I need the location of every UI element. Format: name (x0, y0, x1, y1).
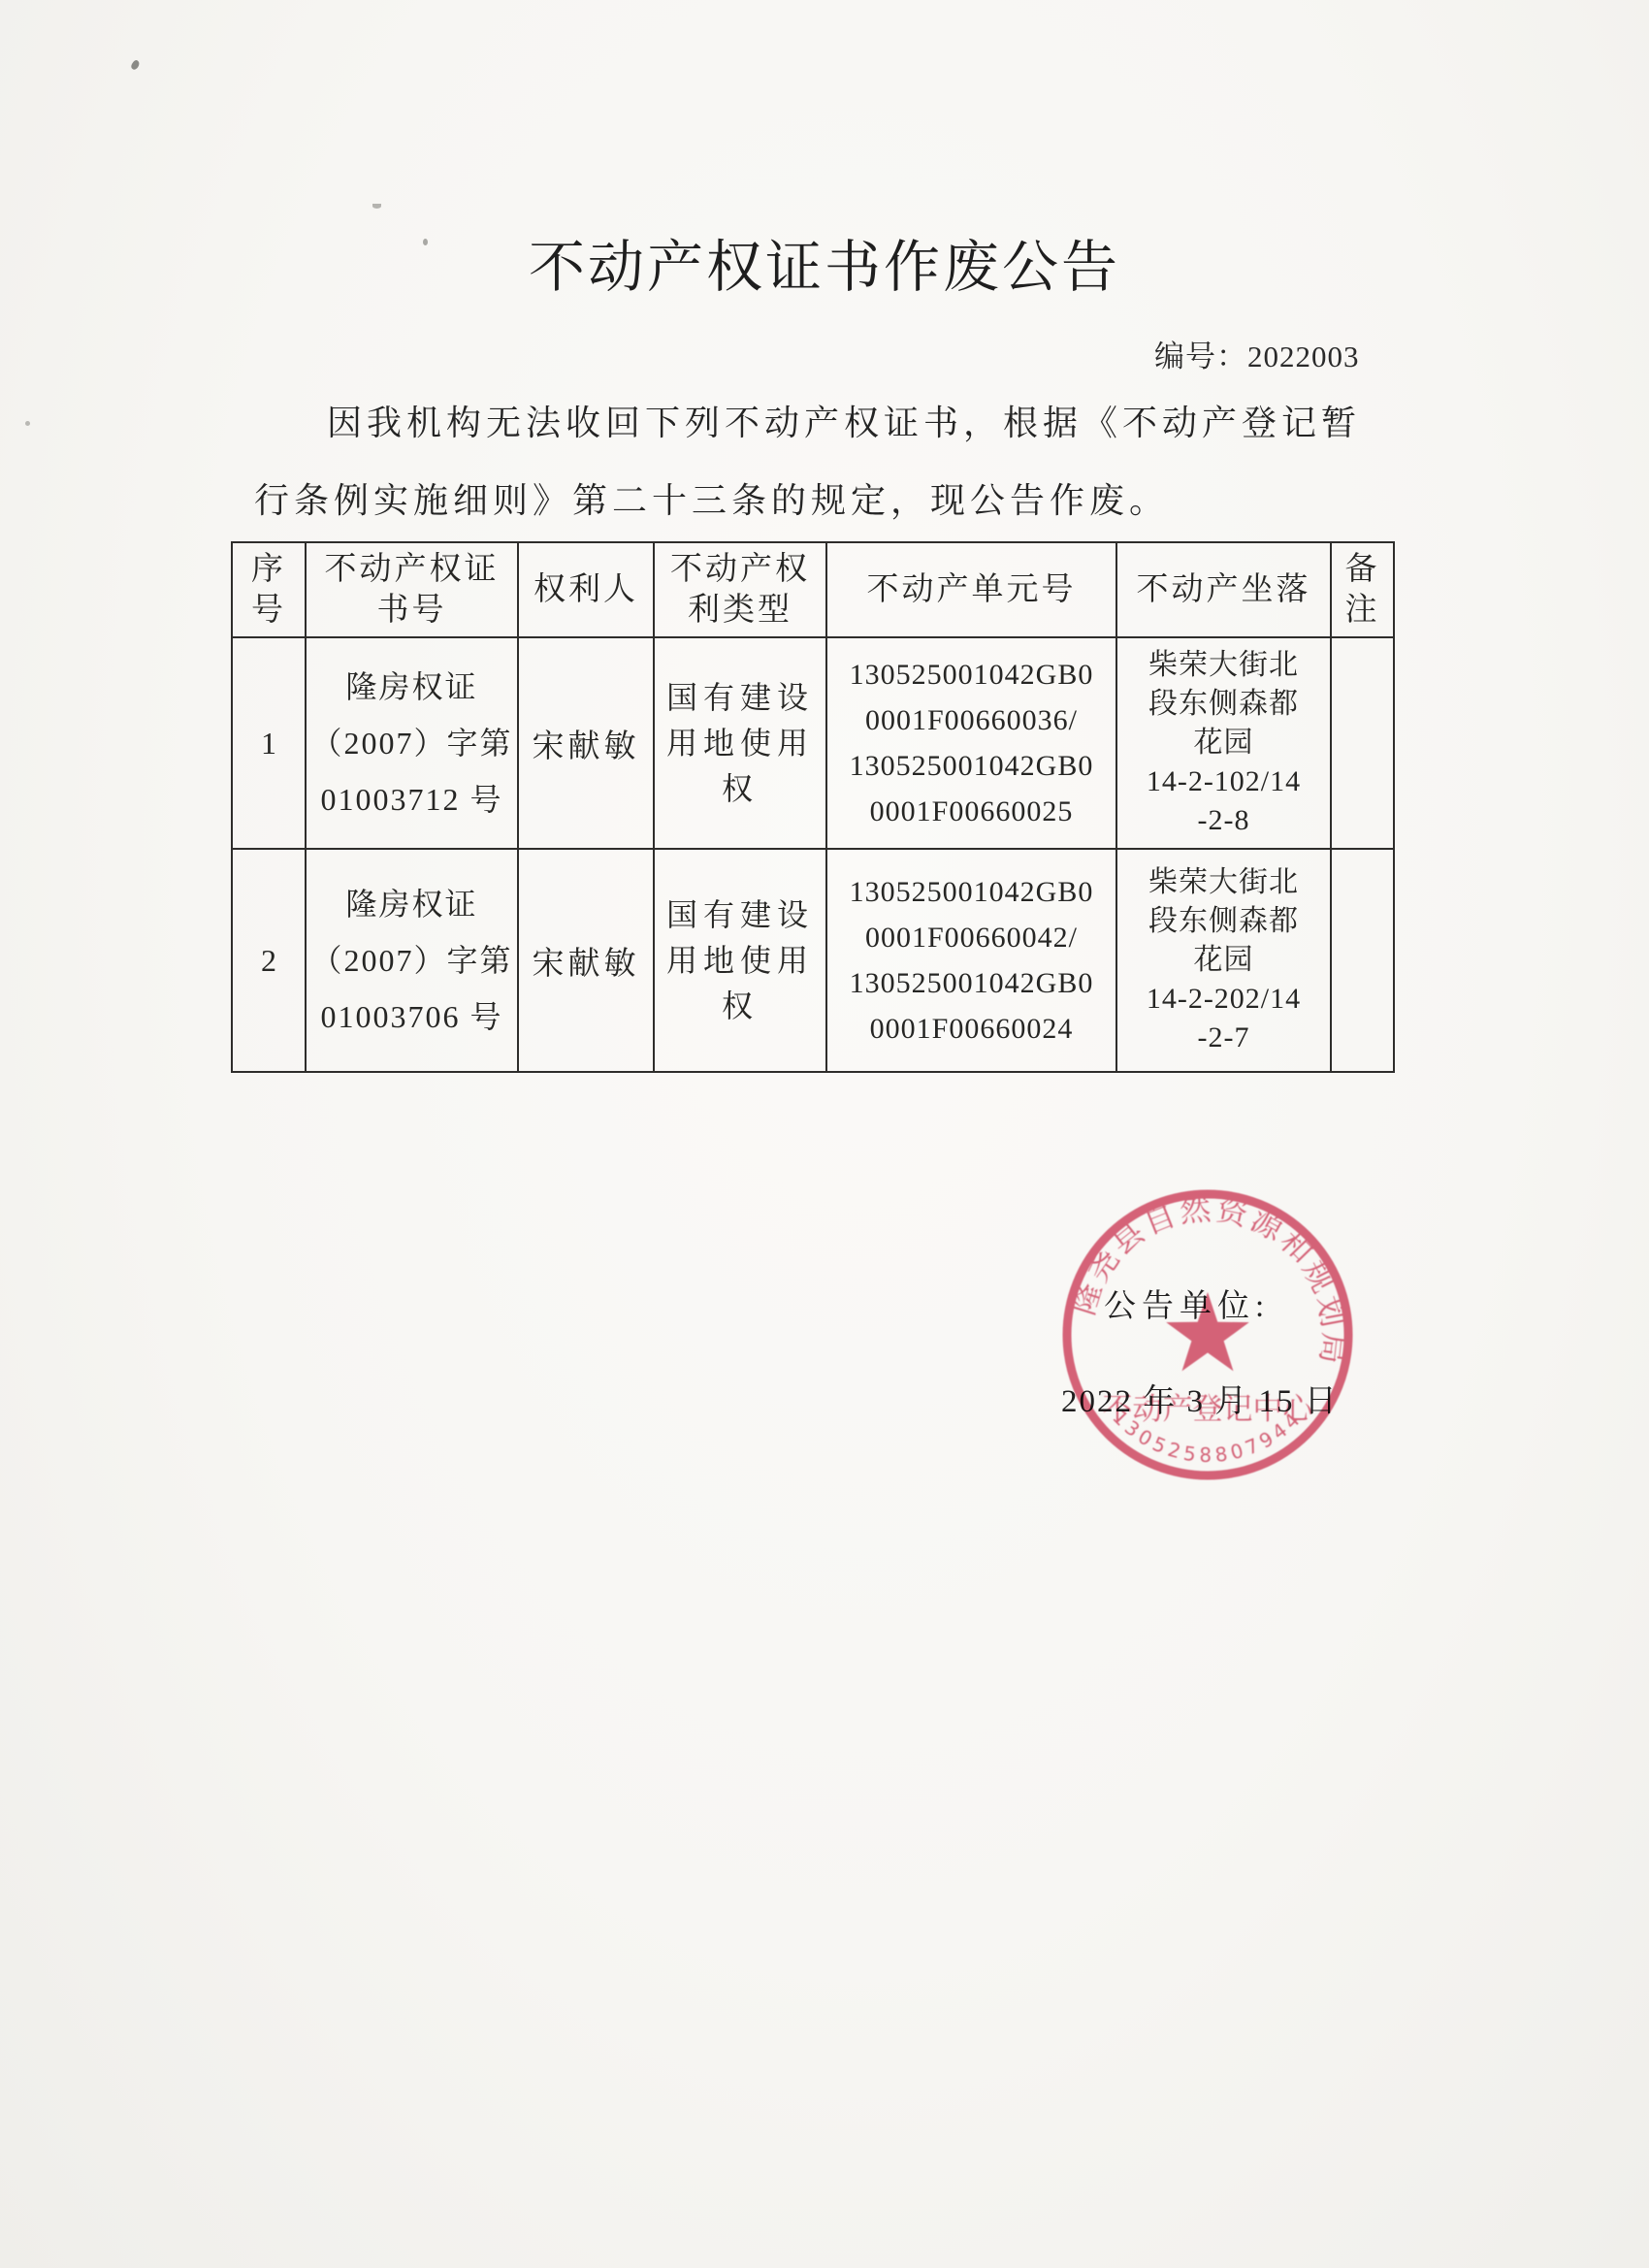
row2-seq: 2 (232, 849, 306, 1072)
scanned-document-page: { "page": { "title": "不动产权证书作废公告", "doc_… (0, 0, 1649, 2268)
row1-location: 柴荣大街北 段东侧森都 花园 14-2-102/14 -2-8 (1116, 637, 1331, 849)
row1-cert-no: 隆房权证 （2007）字第 01003712 号 (306, 637, 518, 849)
table-row: 2 隆房权证 （2007）字第 01003706 号 宋献敏 国有建设 用地使用… (232, 849, 1394, 1072)
row1-unit-no: 130525001042GB0 0001F00660036/ 130525001… (826, 637, 1116, 849)
row2-unit-no: 130525001042GB0 0001F00660042/ 130525001… (826, 849, 1116, 1072)
row2-holder: 宋献敏 (518, 849, 654, 1072)
star-icon (1166, 1292, 1249, 1371)
row2-right-type: 国有建设 用地使用 权 (654, 849, 826, 1072)
table-row: 1 隆房权证 （2007）字第 01003712 号 宋献敏 国有建设 用地使用… (232, 637, 1394, 849)
header-seq: 序 号 (232, 542, 306, 637)
seal-graphic: 隆尧县自然资源和规划局 不动产登记中心 1305258807944 (1048, 1175, 1368, 1495)
row1-seq: 1 (232, 637, 306, 849)
row2-remark (1331, 849, 1394, 1072)
row1-holder: 宋献敏 (518, 637, 654, 849)
official-seal-stamp: 隆尧县自然资源和规划局 不动产登记中心 1305258807944 (1048, 1175, 1368, 1495)
table-header-row: 序 号 不动产权证 书号 权利人 不动产权 利类型 不动产单元号 不动产坐落 备… (232, 542, 1394, 637)
body-text-line-1: 因我机构无法收回下列不动产权证书，根据《不动产登记暂 (327, 396, 1361, 445)
header-right-type: 不动产权 利类型 (654, 542, 826, 637)
header-unit-no: 不动产单元号 (826, 542, 1116, 637)
row2-location: 柴荣大街北 段东侧森都 花园 14-2-202/14 -2-7 (1116, 849, 1331, 1072)
row1-remark (1331, 637, 1394, 849)
scan-speck (423, 239, 428, 245)
scan-speck (372, 204, 381, 209)
header-cert-no: 不动产权证 书号 (306, 542, 518, 637)
certificate-table: 序 号 不动产权证 书号 权利人 不动产权 利类型 不动产单元号 不动产坐落 备… (231, 541, 1395, 1073)
scan-speck (25, 421, 30, 426)
scan-speck (130, 59, 141, 71)
row1-right-type: 国有建设 用地使用 权 (654, 637, 826, 849)
doc-number: 编号：2022003 (1154, 332, 1360, 375)
row2-cert-no: 隆房权证 （2007）字第 01003706 号 (306, 849, 518, 1072)
header-holder: 权利人 (518, 542, 654, 637)
header-remark: 备 注 (1331, 542, 1394, 637)
body-text-line-2: 行条例实施细则》第二十三条的规定，现公告作废。 (254, 473, 1169, 523)
header-location: 不动产坐落 (1116, 542, 1331, 637)
page-title: 不动产权证书作废公告 (514, 221, 1135, 303)
